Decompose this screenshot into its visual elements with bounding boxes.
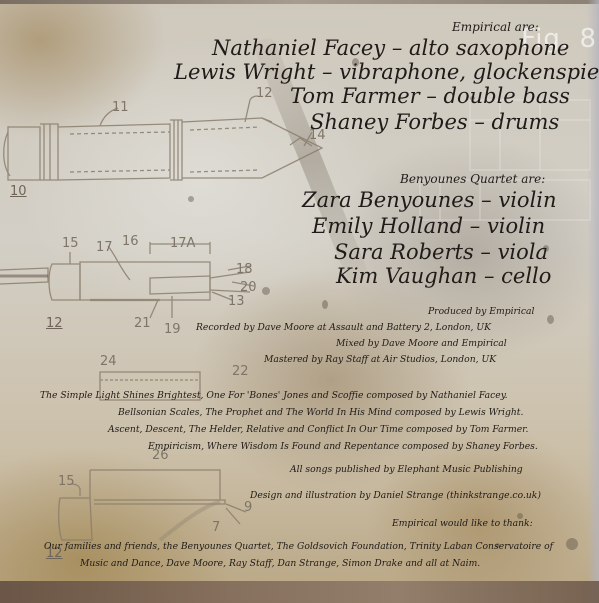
composition-line: The Simple Light Shines Brightest, One F… [40, 390, 508, 401]
diagram-number: 12 [46, 316, 63, 331]
quartet-member-line: Kim Vaughan – cello [336, 264, 551, 288]
diagram-number: 20 [240, 280, 257, 295]
diagram-number: 10 [10, 184, 27, 199]
diagram-number: 12 [256, 86, 273, 101]
thanks-line: Our families and friends, the Benyounes … [44, 541, 553, 552]
publishing-credit: All songs published by Elephant Music Pu… [290, 464, 523, 475]
member-line: Nathaniel Facey – alto saxophone [212, 36, 569, 60]
diagram-number: 15 [58, 474, 75, 489]
diagram-number: 17 [96, 240, 113, 255]
composition-line: Empiricism, Where Wisdom Is Found and Re… [148, 441, 538, 452]
member-line: Lewis Wright – vibraphone, glockenspiel [174, 60, 599, 84]
diagram-number: 24 [100, 354, 117, 369]
diagram-number: 21 [134, 316, 151, 331]
composition-line: Bellsonian Scales, The Prophet and The W… [118, 407, 523, 418]
credit-recorded: Recorded by Dave Moore at Assault and Ba… [196, 322, 491, 333]
quartet-member-line: Emily Holland – violin [312, 214, 545, 238]
thanks-line: Music and Dance, Dave Moore, Ray Staff, … [80, 558, 480, 569]
diagram-number: 13 [228, 294, 245, 309]
diagram-number: 17A [170, 236, 195, 251]
diagram-number: 11 [112, 100, 129, 115]
page-bottom-edge [0, 581, 599, 603]
credit-mixed: Mixed by Dave Moore and Empirical [336, 338, 507, 349]
diagram-number: 15 [62, 236, 79, 251]
quartet-member-line: Sara Roberts – viola [334, 240, 548, 264]
thanks-heading: Empirical would like to thank: [392, 518, 533, 529]
diagram-number: 7 [212, 520, 220, 535]
member-line: Shaney Forbes – drums [310, 110, 559, 134]
diagram-number: 18 [236, 262, 253, 277]
diagram-number: 19 [164, 322, 181, 337]
credit-produced: Produced by Empirical [428, 306, 534, 317]
album-liner-notes-page: Fig. 8 11 12 14 10 15 17 16 17A 18 20 13… [0, 0, 599, 603]
design-credit: Design and illustration by Daniel Strang… [250, 490, 541, 501]
quartet-heading: Benyounes Quartet are: [400, 172, 545, 186]
credit-mastered: Mastered by Ray Staff at Air Studios, Lo… [264, 354, 496, 365]
diagram-number: 22 [232, 364, 249, 379]
diagram-number: 16 [122, 234, 139, 249]
empirical-heading: Empirical are: [452, 20, 539, 34]
diagram-number: 9 [244, 500, 252, 515]
member-line: Tom Farmer – double bass [290, 84, 570, 108]
composition-line: Ascent, Descent, The Helder, Relative an… [108, 424, 528, 435]
quartet-member-line: Zara Benyounes – violin [302, 188, 557, 212]
